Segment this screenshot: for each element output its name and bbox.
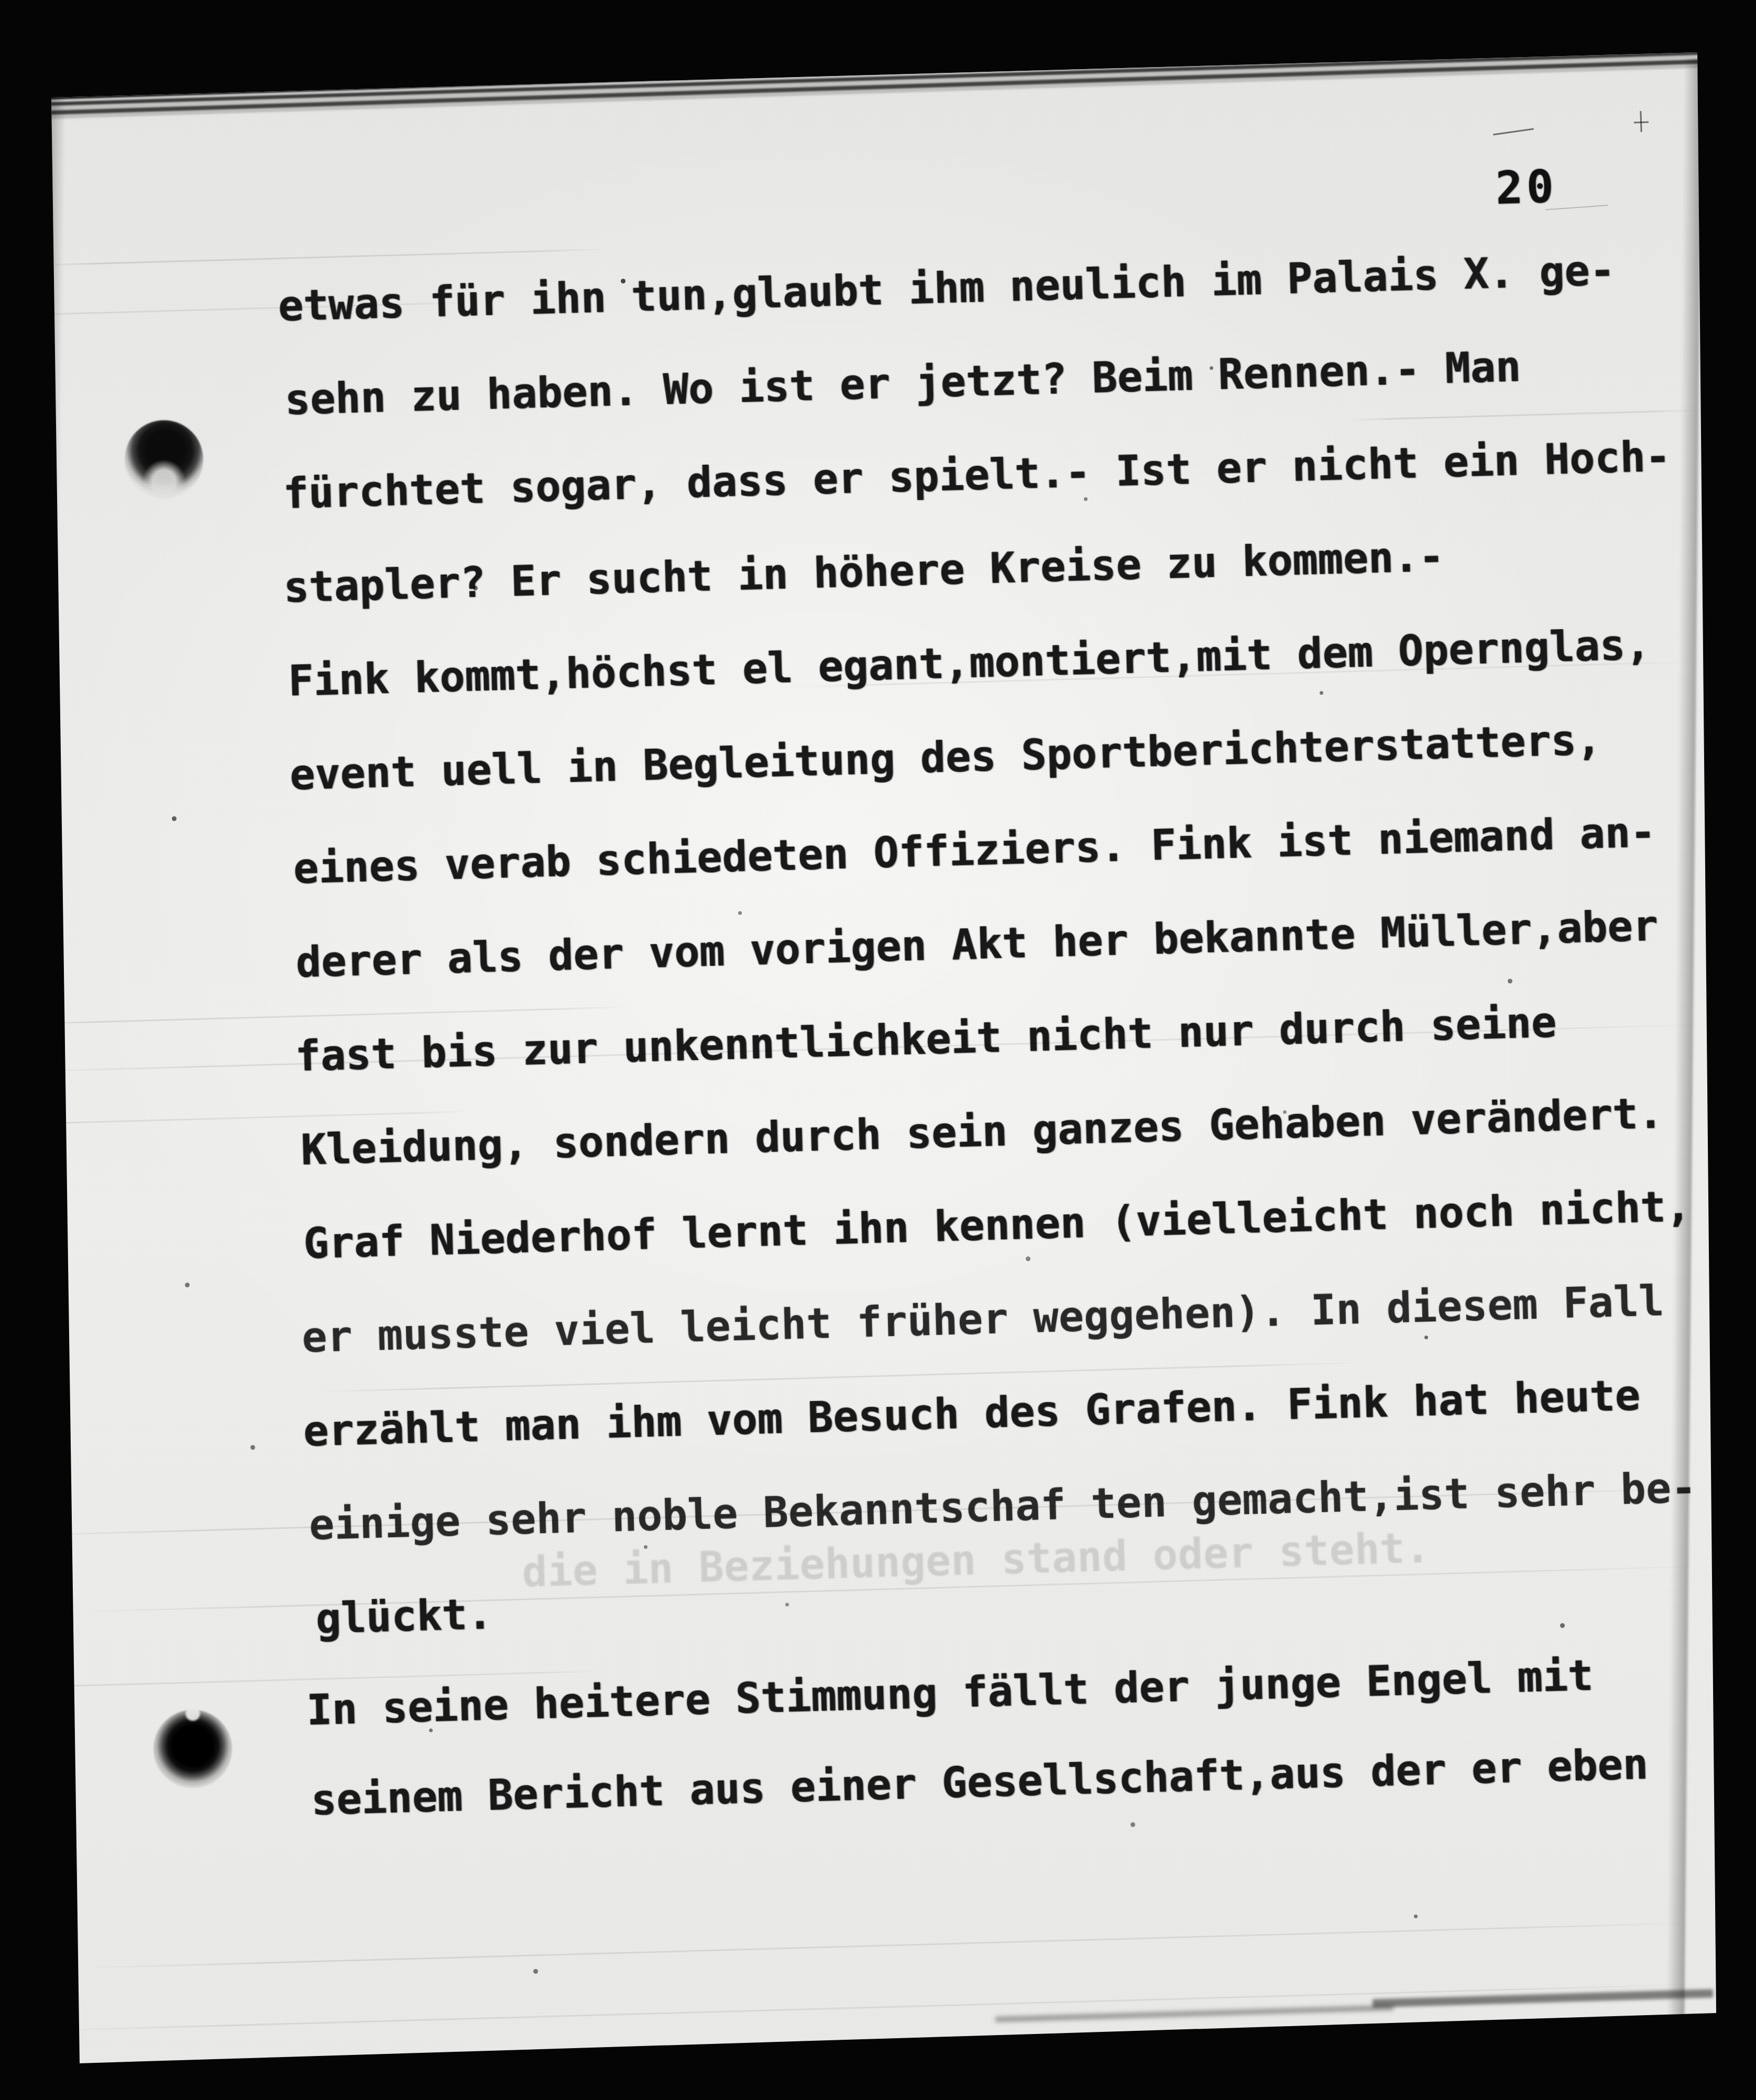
left-edge-shadow [22,95,66,2065]
typed-line: derer als der vom vorigen Akt her bekann… [295,905,1659,983]
hole-punch-top-icon [125,420,203,499]
typed-line: er musste viel leicht früher weggehen). … [301,1280,1664,1359]
typed-line: fürchtet sogar, dass er spielt.- Ist er … [283,435,1671,515]
typed-line: event uell in Begleitung des Sportberich… [289,719,1602,796]
crease-line [73,1922,1713,1969]
bottom-edge-smudge [995,2005,1393,2022]
hole-punch-bottom-icon [153,1710,232,1788]
document-page: 20 etwas für ihn tun,glaubt ihm neulich … [0,0,1756,2100]
typed-line: etwas für ihn tun,glaubt ihm neulich im … [278,249,1616,327]
page-stack-edge [49,45,1704,123]
typed-line: Fink kommt,höchst el egant,montiert,mit … [288,624,1651,702]
typed-line: eines verab schiedeten Offiziers. Fink i… [293,811,1656,890]
scan-background: 20 etwas für ihn tun,glaubt ihm neulich … [0,0,1756,2100]
scratch-mark [1634,122,1649,124]
typed-text-block: etwas für ihn tun,glaubt ihm neulich im … [278,246,1756,1909]
dust-specks [0,0,3,3]
typed-line: Kleidung, sondern durch sein ganzes Geha… [301,1092,1664,1171]
typed-line: stapler? Er sucht in höhere Kreise zu ko… [283,535,1445,609]
scratch-mark [1493,128,1534,136]
typed-line: fast bis zur unkenntlichkeit nicht nur d… [295,1001,1557,1077]
typed-line: Graf Niederhof lernt ihn kennen (viellei… [303,1186,1691,1265]
typed-line: seinem Bericht aus einer Gesellschaft,au… [311,1743,1649,1821]
crease-line [26,1983,1713,2032]
page-number: 20 [1495,160,1558,214]
crease-line [31,248,608,266]
typed-line: sehn zu haben. Wo ist er jetzt? Beim Ren… [284,346,1521,421]
typed-line: In seine heitere Stimmung fällt der jung… [306,1655,1594,1731]
